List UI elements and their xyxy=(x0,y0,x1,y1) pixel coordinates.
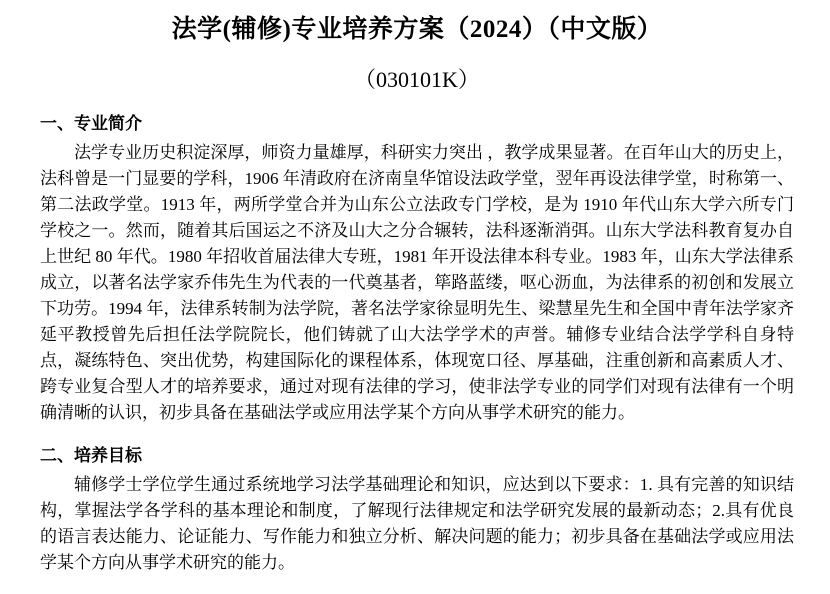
body-paragraph: 辅修学士学位学生通过系统地学习法学基础理论和知识，应达到以下要求：1. 具有完善… xyxy=(40,472,794,576)
document-title: 法学(辅修)专业培养方案（2024）（中文版） xyxy=(40,14,794,46)
section-major-introduction: 一、专业简介 法学专业历史积淀深厚，师资力量雄厚，科研实力突出 ，教学成果显著。… xyxy=(40,113,794,426)
section-training-objectives: 二、培养目标 辅修学士学位学生通过系统地学习法学基础理论和知识，应达到以下要求：… xyxy=(40,445,794,576)
body-paragraph: 法学专业历史积淀深厚，师资力量雄厚，科研实力突出 ，教学成果显著。在百年山大的历… xyxy=(40,140,794,426)
document-subtitle: （030101K） xyxy=(40,66,794,94)
section-heading-major-introduction: 一、专业简介 xyxy=(40,113,794,135)
document-page: 法学(辅修)专业培养方案（2024）（中文版） （030101K） 一、专业简介… xyxy=(0,0,830,594)
section-heading-training-objectives: 二、培养目标 xyxy=(40,445,794,467)
